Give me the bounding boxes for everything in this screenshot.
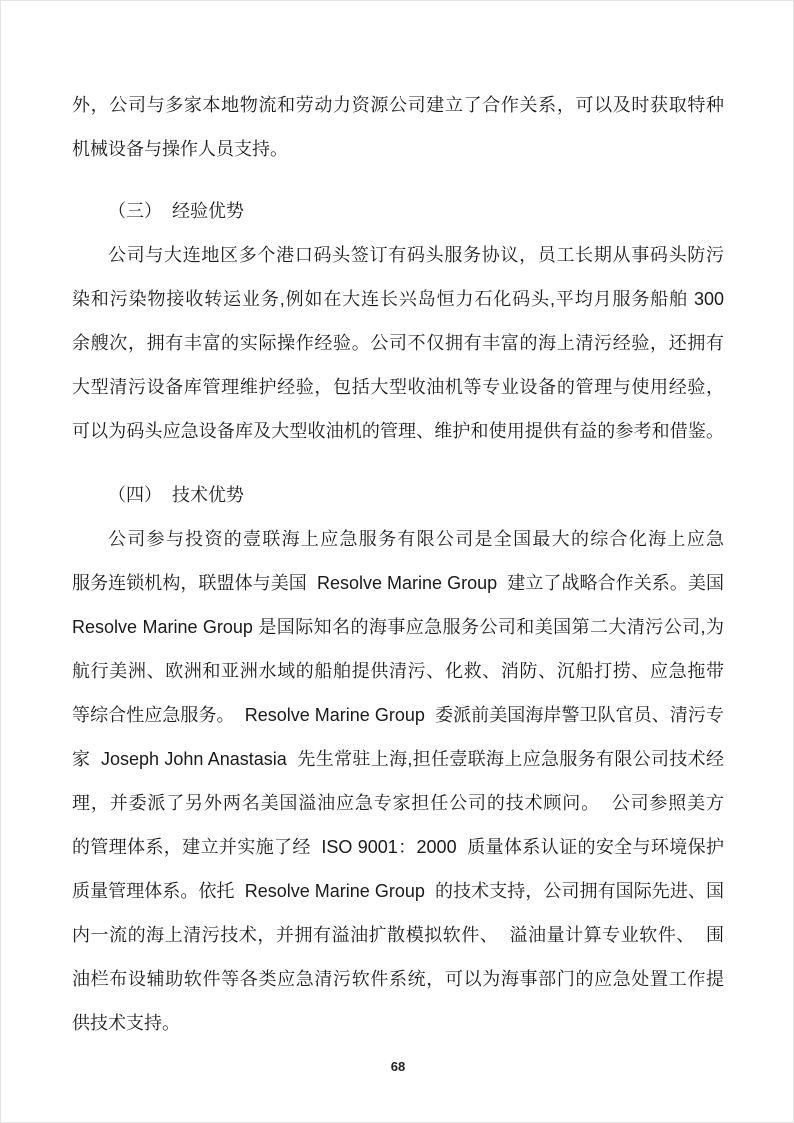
body-line: 理，并委派了另外两名美国溢油应急专家担任公司的技术顾问。 公司参照美方	[72, 781, 724, 825]
section-heading-experience: （三） 经验优势	[72, 189, 724, 233]
body-line: 公司参与投资的壹联海上应急服务有限公司是全国最大的综合化海上应急	[72, 517, 724, 561]
body-line: 服务连锁机构，联盟体与美国 Resolve Marine Group 建立了战略…	[72, 561, 724, 605]
body-line: 航行美洲、欧洲和亚洲水域的船舶提供清污、化救、消防、沉船打捞、应急拖带	[72, 649, 724, 693]
body-line: 可以为码头应急设备库及大型收油机的管理、维护和使用提供有益的参考和借鉴。	[72, 409, 724, 453]
body-line: 家 Joseph John Anastasia 先生常驻上海,担任壹联海上应急服…	[72, 737, 724, 781]
body-line: 内一流的海上清污技术，并拥有溢油扩散模拟软件、 溢油量计算专业软件、 围	[72, 913, 724, 957]
body-line: 等综合性应急服务。 Resolve Marine Group 委派前美国海岸警卫…	[72, 693, 724, 737]
body-line: 余艘次，拥有丰富的实际操作经验。公司不仅拥有丰富的海上清污经验，还拥有	[72, 321, 724, 365]
body-line: 机械设备与操作人员支持。	[72, 127, 724, 171]
body-line: 公司与大连地区多个港口码头签订有码头服务协议，员工长期从事码头防污	[72, 233, 724, 277]
document-page: { "page": { "number": "68" }, "sections"…	[0, 0, 794, 1123]
section-heading-technology: （四） 技术优势	[72, 473, 724, 517]
body-line: 质量管理体系。依托 Resolve Marine Group 的技术支持，公司拥…	[72, 869, 724, 913]
page-content: 外，公司与多家本地物流和劳动力资源公司建立了合作关系，可以及时获取特种 机械设备…	[1, 1, 793, 1122]
body-line: 染和污染物接收转运业务,例如在大连长兴岛恒力石化码头,平均月服务船舶 300	[72, 277, 724, 321]
paragraph-spacer	[72, 453, 724, 473]
paragraph-spacer	[72, 171, 724, 189]
page-number: 68	[72, 1059, 724, 1074]
body-line: 的管理体系，建立并实施了经 ISO 9001：2000 质量体系认证的安全与环境…	[72, 825, 724, 869]
body-line: 供技术支持。	[72, 1001, 724, 1045]
body-line: 大型清污设备库管理维护经验，包括大型收油机等专业设备的管理与使用经验，	[72, 365, 724, 409]
body-line: 油栏布设辅助软件等各类应急清污软件系统，可以为海事部门的应急处置工作提	[72, 957, 724, 1001]
body-line: 外，公司与多家本地物流和劳动力资源公司建立了合作关系，可以及时获取特种	[72, 83, 724, 127]
body-line: Resolve Marine Group 是国际知名的海事应急服务公司和美国第二…	[72, 605, 724, 649]
